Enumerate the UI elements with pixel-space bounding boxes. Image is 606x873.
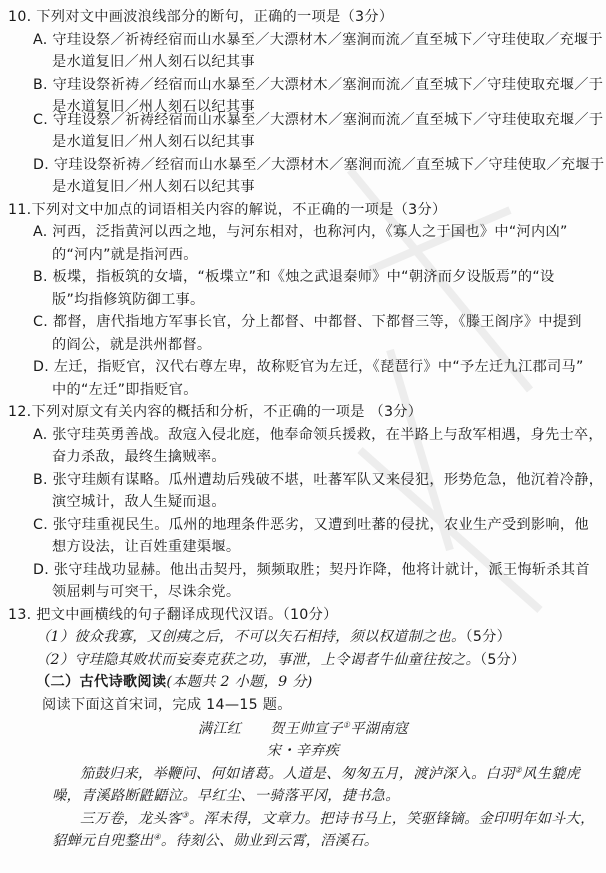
- lower-content: [0, 0, 606, 873]
